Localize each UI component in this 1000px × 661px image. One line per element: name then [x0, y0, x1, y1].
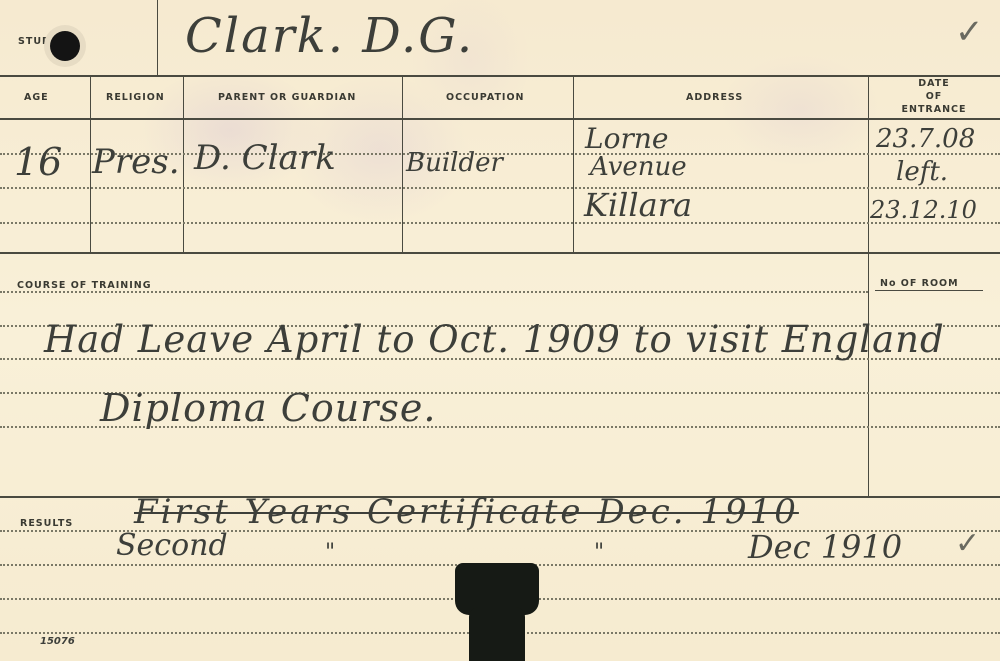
left-date: 23.12.10 — [870, 196, 977, 224]
address-line-2: Avenue — [590, 152, 687, 182]
dotted-rule — [0, 222, 1000, 224]
header-parent: PARENT OR GUARDIAN — [218, 92, 356, 103]
header-date-of-entrance: DATE OF ENTRANCE — [868, 77, 1000, 116]
student-record-card: STUDENT Clark. D.G. ✓ AGE RELIGION PAREN… — [0, 0, 1000, 661]
divider — [157, 0, 158, 76]
course-label: COURSE OF TRAINING — [17, 280, 152, 291]
rule — [875, 290, 983, 291]
divider — [90, 75, 91, 252]
header-address: ADDRESS — [686, 92, 743, 103]
room-label: No OF ROOM — [880, 278, 959, 289]
address-line-1: Lorne — [585, 122, 668, 155]
divider — [183, 75, 184, 252]
student-name: Clark. D.G. — [185, 8, 474, 64]
entrance-date: 23.7.08 — [876, 124, 975, 154]
header-religion: RELIGION — [106, 92, 165, 103]
header-age: AGE — [24, 92, 49, 103]
results-label: RESULTS — [20, 518, 73, 529]
punch-hole — [44, 25, 86, 67]
card-tab-cutout — [455, 563, 539, 661]
divider — [573, 75, 574, 252]
address-line-3: Killara — [584, 186, 692, 224]
ditto-mark: " — [594, 540, 604, 565]
results-date: Dec 1910 — [748, 528, 902, 566]
divider — [402, 75, 403, 252]
divider — [868, 252, 869, 496]
check-mark-icon: ✓ — [955, 12, 984, 52]
results-second: Second — [116, 528, 228, 563]
dotted-rule — [0, 291, 868, 293]
dotted-rule — [0, 187, 1000, 189]
rule — [0, 118, 1000, 120]
course-line-1: Had Leave April to Oct. 1909 to visit En… — [44, 318, 945, 361]
check-mark-icon: ✓ — [955, 526, 980, 561]
occupation-value: Builder — [406, 148, 503, 178]
religion-value: Pres. — [92, 142, 180, 182]
rule — [0, 252, 1000, 254]
form-number: 15076 — [40, 636, 75, 647]
header-occupation: OCCUPATION — [446, 92, 524, 103]
ditto-mark: " — [325, 540, 335, 565]
age-value: 16 — [14, 140, 62, 184]
course-line-2: Diploma Course. — [100, 386, 436, 430]
left-label: left. — [896, 157, 948, 187]
results-struck-line: First Years Certificate Dec. 1910 — [134, 492, 799, 532]
rule — [0, 75, 1000, 77]
parent-value: D. Clark — [194, 138, 336, 178]
